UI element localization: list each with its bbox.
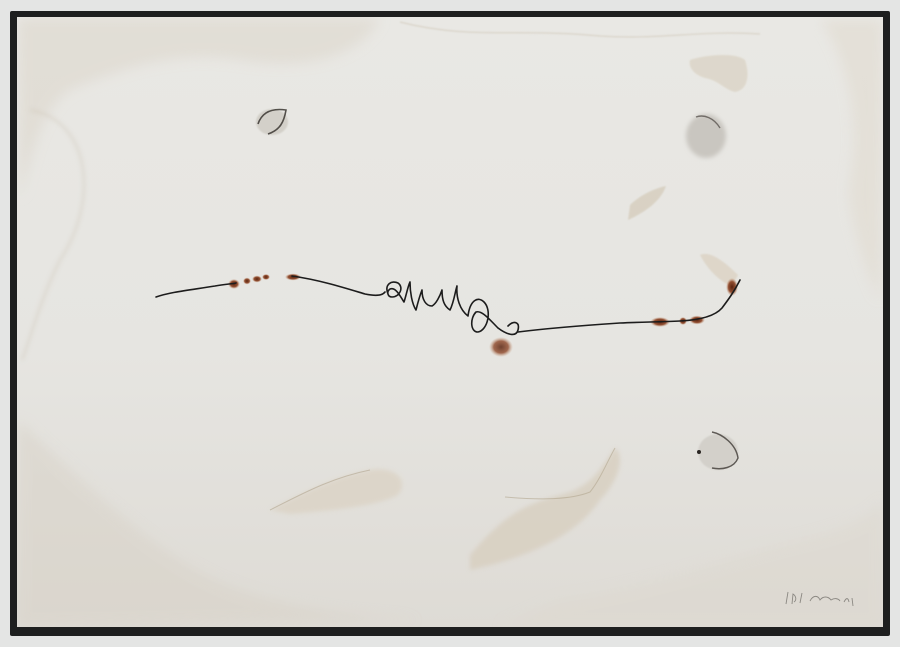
water-stains xyxy=(18,18,883,627)
rust-spots xyxy=(228,274,738,358)
wire-text-aiuto xyxy=(156,276,740,334)
artwork-paper: aiuto Isgrò ... 71 xyxy=(17,17,883,627)
burnt-hole-upper-right xyxy=(686,114,726,158)
burnt-hole-lower-right xyxy=(697,432,738,470)
burnt-hole-upper-left xyxy=(256,109,288,135)
